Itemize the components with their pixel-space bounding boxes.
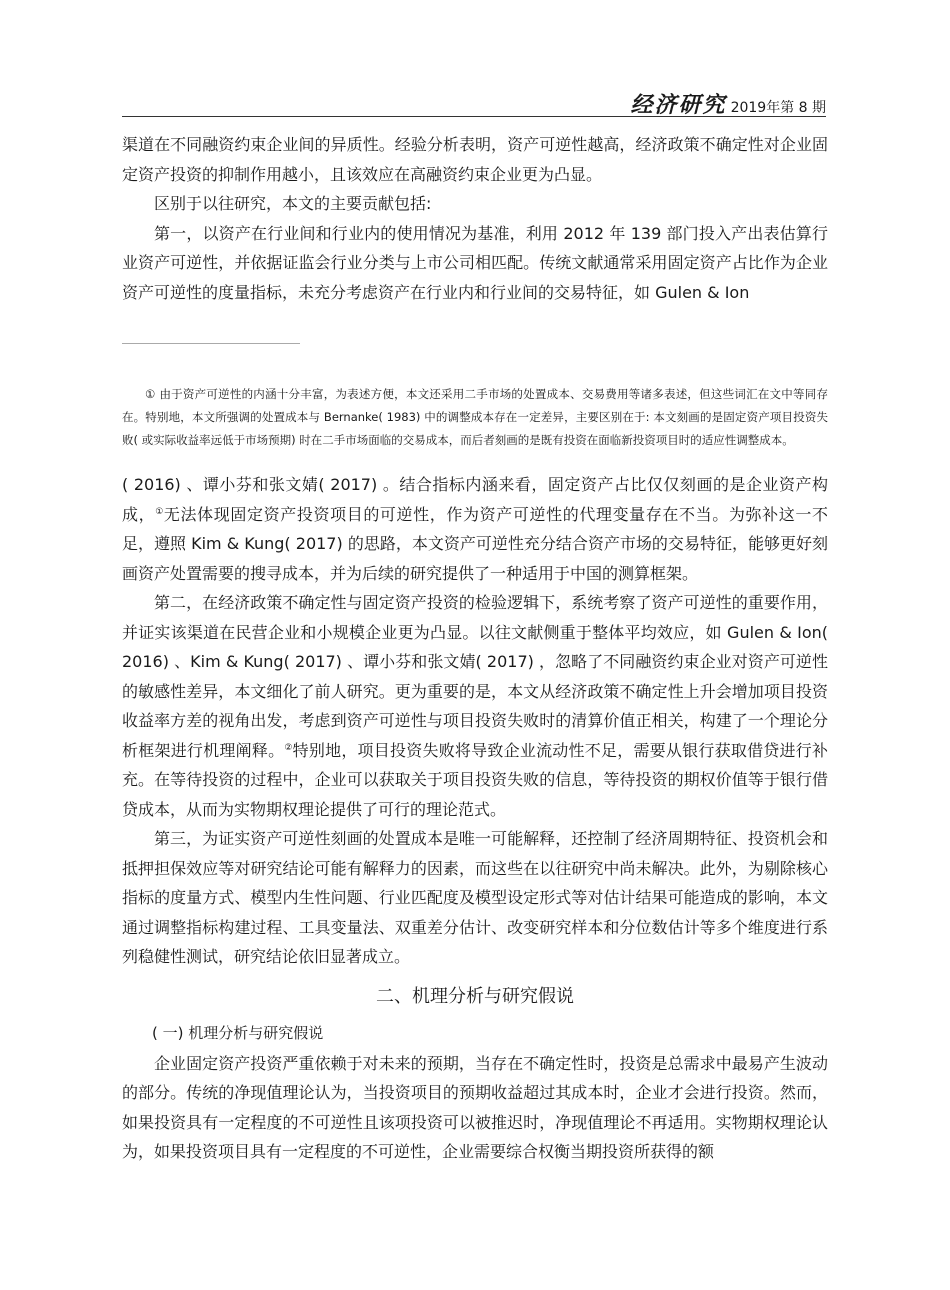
journal-issue: 2019年第 8 期 [731,97,826,117]
paragraph-mechanism: 企业固定资产投资严重依赖于对未来的预期，当存在不确定性时，投资是总需求中最易产生… [122,1049,828,1167]
paragraph-contribution-2: 第二，在经济政策不确定性与固定资产投资的检验逻辑下，系统考察了资产可逆性的重要作… [122,588,828,824]
main-text-block: ( 2016) 、谭小芬和张文婧( 2017) 。结合指标内涵来看，固定资产占比… [122,470,828,1167]
paragraph-continuation: 渠道在不同融资约束企业间的异质性。经验分析表明，资产可逆性越高，经济政策不确定性… [122,130,828,189]
section-title: 二、机理分析与研究假说 [122,982,828,1012]
footnote-1: ① 由于资产可逆性的内涵十分丰富，为表述方便，本文还采用二手市场的处置成本、交易… [122,383,828,452]
paragraph-contributions-intro: 区别于以往研究，本文的主要贡献包括: [122,189,828,219]
page-header: 经济研究 2019年第 8 期 [122,86,826,117]
footnote-marker: ① [145,387,156,401]
footnote-ref-1[interactable]: ① [155,507,164,517]
top-text-block: 渠道在不同融资约束企业间的异质性。经验分析表明，资产可逆性越高，经济政策不确定性… [122,130,828,307]
paragraph-contribution-1: 第一，以资产在行业间和行业内的使用情况为基准，利用 2012 年 139 部门投… [122,219,828,308]
journal-masthead: 经济研究 2019年第 8 期 [631,88,826,119]
footnote-ref-2[interactable]: ② [284,743,292,753]
footnote-separator [122,343,300,344]
footnote-text: 由于资产可逆性的内涵十分丰富，为表述方便，本文还采用二手市场的处置成本、交易费用… [122,387,828,447]
subsection-title: ( 一) 机理分析与研究假说 [122,1019,828,1049]
journal-name: 经济研究 [631,88,727,119]
paragraph-contribution-1-cont: ( 2016) 、谭小芬和张文婧( 2017) 。结合指标内涵来看，固定资产占比… [122,470,828,588]
paragraph-contribution-3: 第三，为证实资产可逆性刻画的处置成本是唯一可能解释，还控制了经济周期特征、投资机… [122,824,828,972]
